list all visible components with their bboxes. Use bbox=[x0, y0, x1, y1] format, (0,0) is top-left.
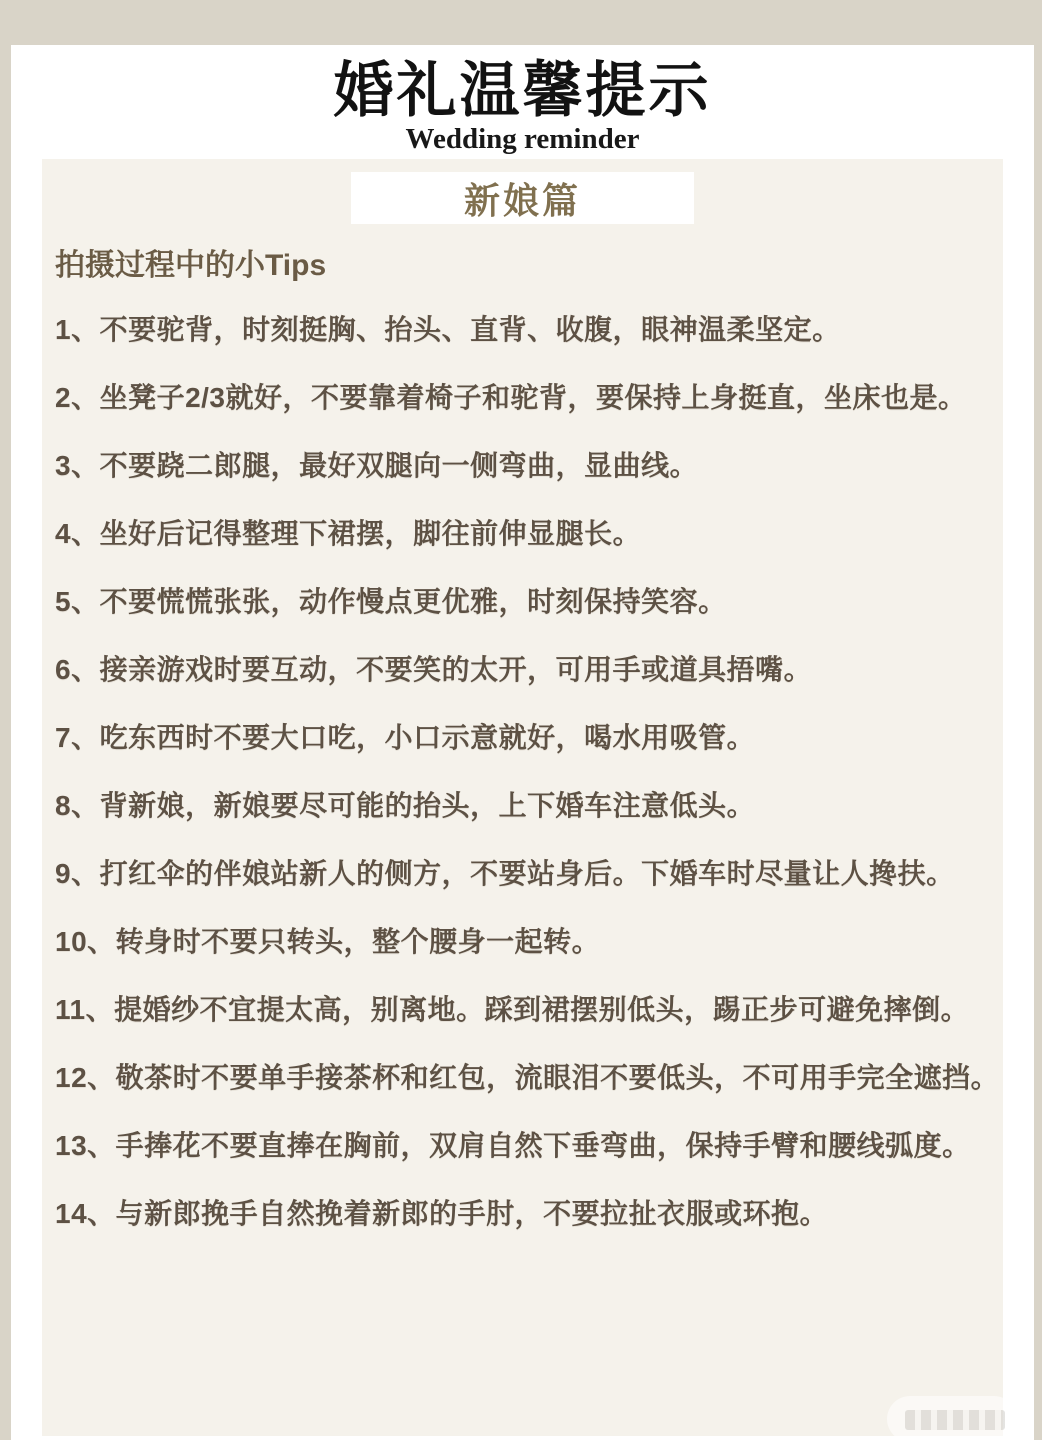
tip-item: 4、坐好后记得整理下裙摆，脚往前伸显腿长。 bbox=[55, 518, 990, 550]
tip-text: 不要驼背，时刻挺胸、抬头、直背、收腹，眼神温柔坚定。 bbox=[100, 314, 841, 345]
tip-item: 12、敬茶时不要单手接茶杯和红包，流眼泪不要低头，不可用手完全遮挡。 bbox=[55, 1062, 990, 1094]
tip-item: 3、不要跷二郎腿，最好双腿向一侧弯曲，显曲线。 bbox=[55, 450, 990, 482]
poster-background: { "header": { "title": "婚礼温馨提示", "subtit… bbox=[0, 0, 1042, 1440]
tip-number: 14、 bbox=[55, 1198, 116, 1229]
document-page: 婚礼温馨提示 Wedding reminder 新娘篇 拍摄过程中的小Tips … bbox=[11, 45, 1034, 1440]
tip-item: 10、转身时不要只转头，整个腰身一起转。 bbox=[55, 926, 990, 958]
tip-text: 吃东西时不要大口吃，小口示意就好，喝水用吸管。 bbox=[100, 722, 756, 753]
tip-text: 提婚纱不宜提太高，别离地。踩到裙摆别低头，踢正步可避免摔倒。 bbox=[114, 994, 969, 1025]
tip-number: 8、 bbox=[55, 790, 100, 821]
tip-text: 坐凳子2/3就好，不要靠着椅子和驼背，要保持上身挺直，坐床也是。 bbox=[100, 382, 967, 413]
tip-number: 4、 bbox=[55, 518, 100, 549]
tip-text: 背新娘，新娘要尽可能的抬头，上下婚车注意低头。 bbox=[100, 790, 756, 821]
tip-number: 3、 bbox=[55, 450, 100, 481]
tip-item: 8、背新娘，新娘要尽可能的抬头，上下婚车注意低头。 bbox=[55, 790, 990, 822]
tip-item: 7、吃东西时不要大口吃，小口示意就好，喝水用吸管。 bbox=[55, 722, 990, 754]
tip-text: 与新郎挽手自然挽着新郎的手肘，不要拉扯衣服或环抱。 bbox=[116, 1198, 829, 1229]
section-badge: 新娘篇 bbox=[351, 172, 694, 224]
tip-item: 9、打红伞的伴娘站新人的侧方，不要站身后。下婚车时尽量让人搀扶。 bbox=[55, 858, 990, 890]
page-title: 婚礼温馨提示 bbox=[11, 59, 1034, 123]
tip-item: 1、不要驼背，时刻挺胸、抬头、直背、收腹，眼神温柔坚定。 bbox=[55, 314, 990, 346]
section-title: 新娘篇 bbox=[464, 173, 581, 224]
tip-text: 不要慌慌张张，动作慢点更优雅，时刻保持笑容。 bbox=[100, 586, 727, 617]
tip-text: 转身时不要只转头，整个腰身一起转。 bbox=[116, 926, 601, 957]
tip-text: 打红伞的伴娘站新人的侧方，不要站身后。下婚车时尽量让人搀扶。 bbox=[100, 858, 955, 889]
tip-number: 7、 bbox=[55, 722, 100, 753]
tip-number: 5、 bbox=[55, 586, 100, 617]
tips-list: 1、不要驼背，时刻挺胸、抬头、直背、收腹，眼神温柔坚定。2、坐凳子2/3就好，不… bbox=[55, 314, 990, 1230]
tip-number: 10、 bbox=[55, 926, 116, 957]
tip-number: 13、 bbox=[55, 1130, 116, 1161]
tips-intro: 拍摄过程中的小Tips bbox=[55, 248, 990, 284]
tip-text: 敬茶时不要单手接茶杯和红包，流眼泪不要低头，不可用手完全遮挡。 bbox=[116, 1062, 1000, 1093]
content-panel: 新娘篇 拍摄过程中的小Tips 1、不要驼背，时刻挺胸、抬头、直背、收腹，眼神温… bbox=[42, 159, 1003, 1436]
tip-text: 不要跷二郎腿，最好双腿向一侧弯曲，显曲线。 bbox=[100, 450, 699, 481]
tip-item: 13、手捧花不要直捧在胸前，双肩自然下垂弯曲，保持手臂和腰线弧度。 bbox=[55, 1130, 990, 1162]
tip-item: 14、与新郎挽手自然挽着新郎的手肘，不要拉扯衣服或环抱。 bbox=[55, 1198, 990, 1230]
tip-number: 11、 bbox=[55, 994, 114, 1025]
tip-text: 手捧花不要直捧在胸前，双肩自然下垂弯曲，保持手臂和腰线弧度。 bbox=[116, 1130, 971, 1161]
tip-text: 坐好后记得整理下裙摆，脚往前伸显腿长。 bbox=[100, 518, 642, 549]
tip-item: 6、接亲游戏时要互动，不要笑的太开，可用手或道具捂嘴。 bbox=[55, 654, 990, 686]
watermark bbox=[887, 1396, 1017, 1440]
tip-item: 2、坐凳子2/3就好，不要靠着椅子和驼背，要保持上身挺直，坐床也是。 bbox=[55, 382, 990, 414]
tip-text: 接亲游戏时要互动，不要笑的太开，可用手或道具捂嘴。 bbox=[100, 654, 813, 685]
tip-number: 12、 bbox=[55, 1062, 116, 1093]
tip-number: 2、 bbox=[55, 382, 100, 413]
tip-item: 5、不要慌慌张张，动作慢点更优雅，时刻保持笑容。 bbox=[55, 586, 990, 618]
tip-number: 6、 bbox=[55, 654, 100, 685]
tip-number: 9、 bbox=[55, 858, 100, 889]
tip-item: 11、提婚纱不宜提太高，别离地。踩到裙摆别低头，踢正步可避免摔倒。 bbox=[55, 994, 990, 1026]
tip-number: 1、 bbox=[55, 314, 100, 345]
page-subtitle: Wedding reminder bbox=[11, 124, 1034, 155]
